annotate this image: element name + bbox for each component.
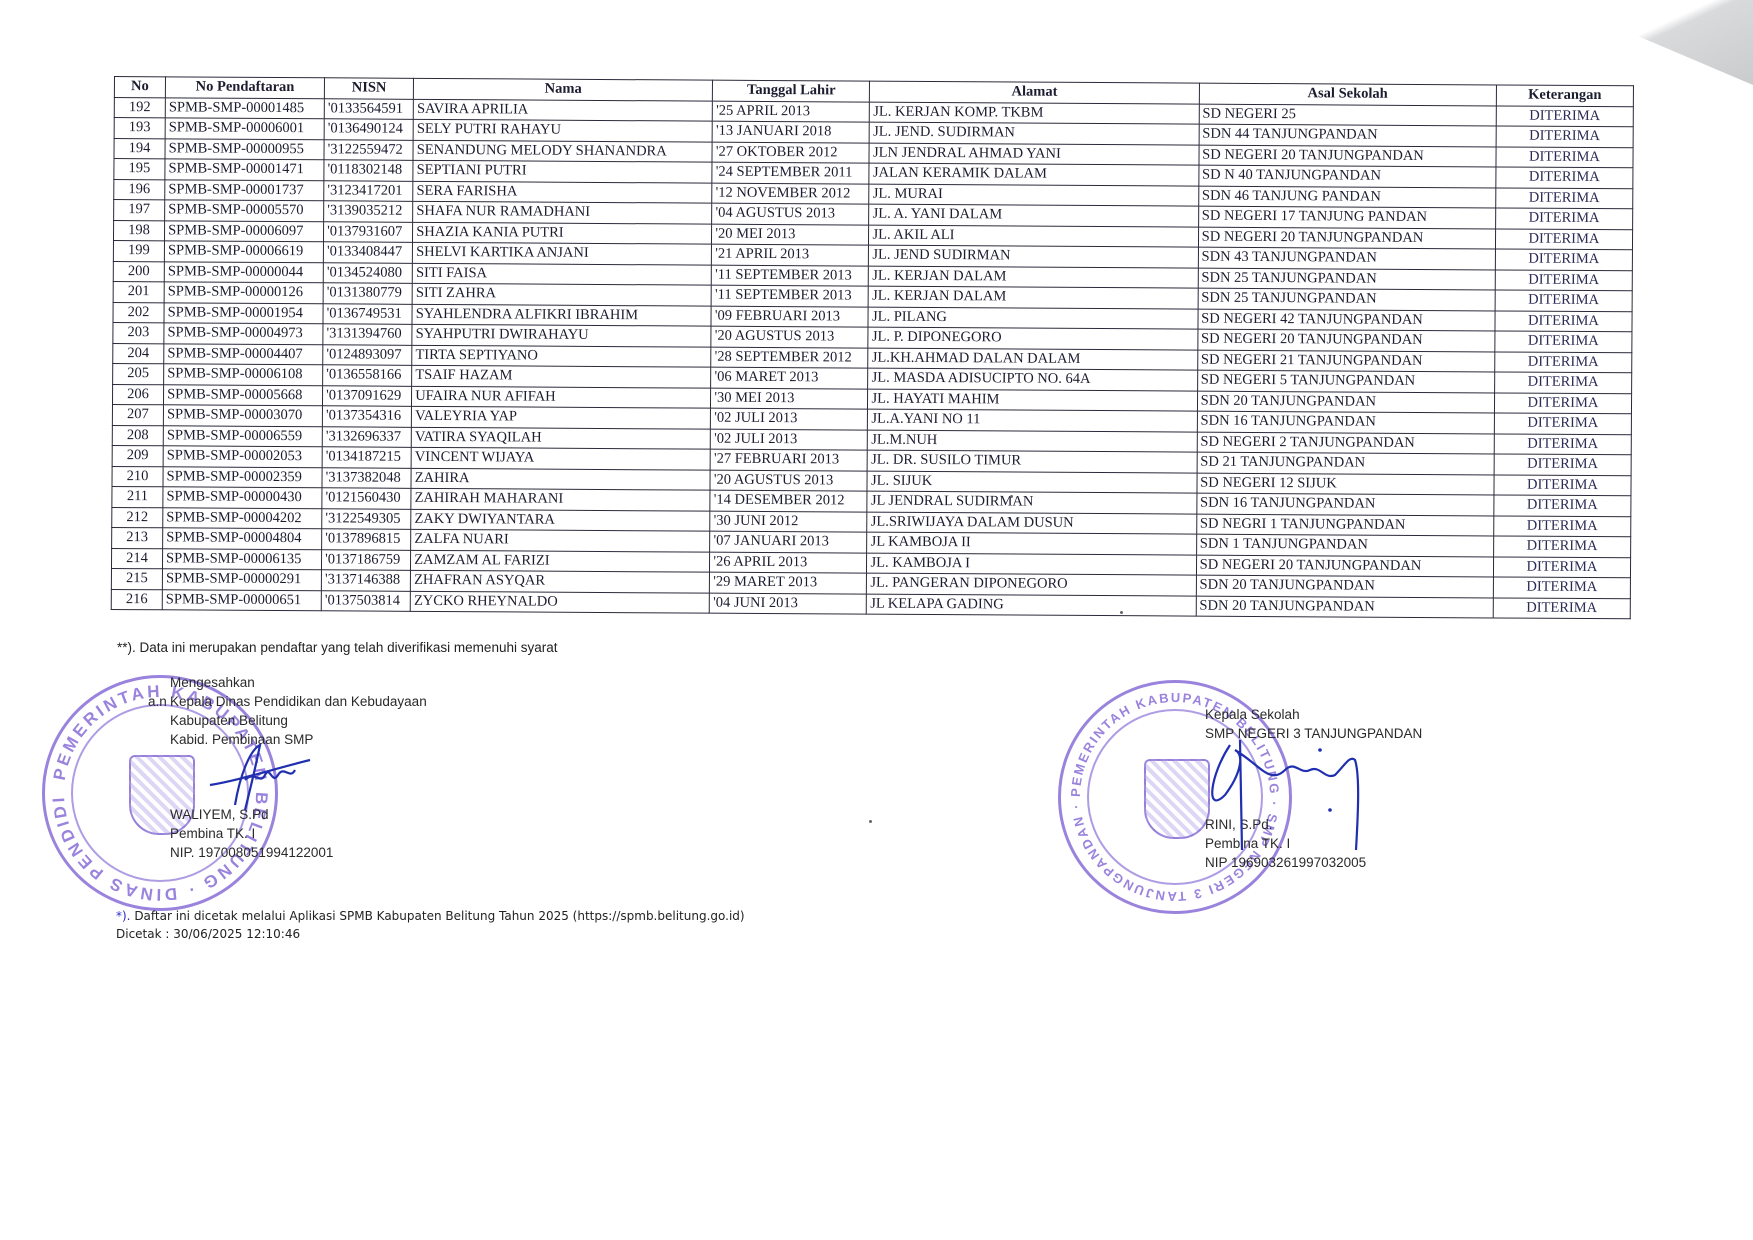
status-badge: DITERIMA bbox=[1493, 556, 1630, 577]
registration-number: SPMB-SMP-00004973 bbox=[164, 323, 323, 344]
birth-date: '28 SEPTEMBER 2012 bbox=[711, 347, 868, 368]
row-number: 198 bbox=[113, 220, 164, 241]
row-number: 211 bbox=[112, 486, 163, 507]
nisn: '0137896815 bbox=[322, 529, 411, 550]
print-timestamp: Dicetak : 30/06/2025 12:10:46 bbox=[116, 925, 745, 943]
origin-school: SD NEGERI 12 SIJUK bbox=[1197, 473, 1494, 495]
signatory-nip: NIP 196903261997032005 bbox=[1205, 853, 1422, 872]
row-number: 212 bbox=[112, 507, 163, 528]
nisn: '0124893097 bbox=[323, 344, 412, 365]
registration-number: SPMB-SMP-00001737 bbox=[165, 179, 324, 200]
student-name: SYAHPUTRI DWIRAHAYU bbox=[412, 324, 711, 346]
birth-date: '26 APRIL 2013 bbox=[710, 552, 867, 573]
registration-number: SPMB-SMP-00000955 bbox=[165, 138, 324, 159]
origin-school: SD NEGERI 42 TANJUNGPANDAN bbox=[1198, 309, 1495, 331]
on-behalf-prefix: a.n bbox=[148, 692, 167, 711]
nisn: '3122559472 bbox=[324, 139, 413, 160]
nisn: '3137382048 bbox=[322, 467, 411, 488]
header-name: Nama bbox=[414, 78, 713, 100]
birth-date: '30 MEI 2013 bbox=[711, 388, 868, 409]
origin-school: SD NEGERI 20 TANJUNGPANDAN bbox=[1198, 329, 1495, 351]
registration-number: SPMB-SMP-00000044 bbox=[164, 261, 323, 282]
signatory-rank: Pembina TK. I bbox=[170, 824, 427, 843]
origin-school: SD NEGERI 20 TANJUNGPANDAN bbox=[1199, 145, 1496, 167]
student-name: UFAIRA NUR AFIFAH bbox=[412, 386, 711, 408]
header-nisn: NISN bbox=[324, 78, 413, 99]
status-badge: DITERIMA bbox=[1495, 310, 1632, 331]
nisn: '0136749531 bbox=[323, 303, 412, 324]
origin-school: SDN 25 TANJUNGPANDAN bbox=[1198, 288, 1495, 310]
status-badge: DITERIMA bbox=[1494, 433, 1631, 454]
row-number: 208 bbox=[112, 425, 163, 446]
nisn: '0133564591 bbox=[324, 98, 413, 119]
origin-school: SD 21 TANJUNGPANDAN bbox=[1197, 452, 1494, 474]
print-info: *). Daftar ini dicetak melalui Aplikasi … bbox=[116, 907, 745, 943]
birth-date: '21 APRIL 2013 bbox=[712, 244, 869, 265]
student-name: SELY PUTRI RAHAYU bbox=[413, 119, 712, 141]
address: JL. KAMBOJA I bbox=[867, 553, 1196, 576]
header-no: No bbox=[114, 77, 165, 98]
registration-number: SPMB-SMP-00004407 bbox=[164, 343, 323, 364]
nisn: '3132696337 bbox=[322, 426, 411, 447]
student-name: TSAIF HAZAM bbox=[412, 365, 711, 387]
student-name: SERA FARISHA bbox=[413, 181, 712, 203]
status-badge: DITERIMA bbox=[1496, 167, 1633, 188]
student-name: SITI ZAHRA bbox=[412, 283, 711, 305]
status-badge: DITERIMA bbox=[1495, 290, 1632, 311]
origin-school: SD NEGERI 2 TANJUNGPANDAN bbox=[1197, 432, 1494, 454]
status-badge: DITERIMA bbox=[1496, 146, 1633, 167]
registration-number: SPMB-SMP-00006097 bbox=[165, 220, 324, 241]
status-badge: DITERIMA bbox=[1495, 228, 1632, 249]
student-name: ZAMZAM AL FARIZI bbox=[411, 550, 710, 572]
header-origin-school: Asal Sekolah bbox=[1199, 83, 1496, 105]
scan-speck bbox=[1120, 611, 1123, 614]
registration-number: SPMB-SMP-00001485 bbox=[165, 97, 324, 118]
registration-number: SPMB-SMP-00002359 bbox=[163, 466, 322, 487]
row-number: 204 bbox=[113, 343, 164, 364]
student-name: SHAFA NUR RAMADHANI bbox=[413, 201, 712, 223]
registration-number: SPMB-SMP-00006135 bbox=[163, 548, 322, 569]
birth-date: '06 MARET 2013 bbox=[711, 367, 868, 388]
scan-speck bbox=[869, 820, 872, 823]
student-name: SITI FAISA bbox=[412, 263, 711, 285]
row-number: 192 bbox=[114, 97, 165, 118]
verification-note: **). Data ini merupakan pendaftar yang t… bbox=[117, 640, 557, 655]
registration-number: SPMB-SMP-00006619 bbox=[164, 241, 323, 262]
origin-school: SD NEGRI 1 TANJUNGPANDAN bbox=[1196, 514, 1493, 536]
row-number: 210 bbox=[112, 466, 163, 487]
status-badge: DITERIMA bbox=[1495, 331, 1632, 352]
student-name: ZAKY DWIYANTARA bbox=[411, 509, 710, 531]
origin-school: SDN 25 TANJUNGPANDAN bbox=[1198, 268, 1495, 290]
status-badge: DITERIMA bbox=[1495, 351, 1632, 372]
birth-date: '04 AGUSTUS 2013 bbox=[712, 203, 869, 224]
row-number: 203 bbox=[113, 322, 164, 343]
origin-school: SD NEGERI 25 bbox=[1199, 104, 1496, 126]
status-badge: DITERIMA bbox=[1494, 495, 1631, 516]
header-address: Alamat bbox=[870, 81, 1199, 104]
header-registration-no: No Pendaftaran bbox=[165, 77, 324, 98]
address: JL. KERJAN DALAM bbox=[869, 266, 1198, 289]
header-birth-date: Tanggal Lahir bbox=[713, 80, 870, 101]
row-number: 213 bbox=[112, 527, 163, 548]
address: JL. MURAI bbox=[869, 184, 1198, 207]
status-badge: DITERIMA bbox=[1495, 269, 1632, 290]
student-name: ZALFA NUARI bbox=[411, 529, 710, 551]
address: JL.A.YANI NO 11 bbox=[868, 409, 1197, 432]
origin-school: SDN 20 TANJUNGPANDAN bbox=[1196, 596, 1493, 618]
address: JL. JEND. SUDIRMAN bbox=[870, 122, 1199, 145]
status-badge: DITERIMA bbox=[1495, 208, 1632, 229]
registration-number: SPMB-SMP-00005570 bbox=[165, 200, 324, 221]
origin-school: SD NEGERI 17 TANJUNG PANDAN bbox=[1198, 206, 1495, 228]
row-number: 200 bbox=[113, 261, 164, 282]
row-number: 214 bbox=[111, 548, 162, 569]
student-name: SHELVI KARTIKA ANJANI bbox=[413, 242, 712, 264]
nisn: '3131394760 bbox=[323, 324, 412, 345]
registration-number: SPMB-SMP-00000651 bbox=[162, 589, 321, 610]
registration-number: SPMB-SMP-00006559 bbox=[163, 425, 322, 446]
origin-school: SDN 46 TANJUNG PANDAN bbox=[1198, 186, 1495, 208]
address: JL. KERJAN DALAM bbox=[869, 286, 1198, 309]
registration-number: SPMB-SMP-00006108 bbox=[164, 364, 323, 385]
status-badge: DITERIMA bbox=[1494, 413, 1631, 434]
nisn: '0121560430 bbox=[322, 488, 411, 509]
registration-number: SPMB-SMP-00004202 bbox=[163, 507, 322, 528]
status-badge: DITERIMA bbox=[1494, 515, 1631, 536]
student-name: SHAZIA KANIA PUTRI bbox=[413, 222, 712, 244]
origin-school: SD NEGERI 20 TANJUNGPANDAN bbox=[1198, 227, 1495, 249]
nisn: '0137931607 bbox=[324, 221, 413, 242]
birth-date: '02 JULI 2013 bbox=[711, 429, 868, 450]
student-name: ZAHIRAH MAHARANI bbox=[411, 488, 710, 510]
student-name: ZAHIRA bbox=[411, 468, 710, 490]
nisn: '0134524080 bbox=[323, 262, 412, 283]
origin-school: SD NEGERI 21 TANJUNGPANDAN bbox=[1197, 350, 1494, 372]
birth-date: '20 AGUSTUS 2013 bbox=[711, 326, 868, 347]
row-number: 201 bbox=[113, 281, 164, 302]
birth-date: '09 FEBRUARI 2013 bbox=[711, 306, 868, 327]
address: JL KAMBOJA II bbox=[867, 532, 1196, 555]
registration-number: SPMB-SMP-00003070 bbox=[163, 405, 322, 426]
birth-date: '11 SEPTEMBER 2013 bbox=[712, 265, 869, 286]
origin-school: SDN 44 TANJUNGPANDAN bbox=[1199, 124, 1496, 146]
footnote-marker: *). bbox=[116, 909, 131, 923]
approval-label: Mengesahkan bbox=[170, 673, 427, 692]
birth-date: '07 JANUARI 2013 bbox=[710, 531, 867, 552]
row-number: 205 bbox=[113, 363, 164, 384]
birth-date: '14 DESEMBER 2012 bbox=[710, 490, 867, 511]
address: JL. A. YANI DALAM bbox=[869, 204, 1198, 227]
registration-number: SPMB-SMP-00000291 bbox=[162, 569, 321, 590]
nisn: '0133408447 bbox=[323, 242, 412, 263]
header-status: Keterangan bbox=[1496, 85, 1633, 106]
status-badge: DITERIMA bbox=[1496, 187, 1633, 208]
address: JL. AKIL ALI bbox=[869, 225, 1198, 248]
birth-date: '25 APRIL 2013 bbox=[713, 101, 870, 122]
birth-date: '29 MARET 2013 bbox=[710, 572, 867, 593]
birth-date: '12 NOVEMBER 2012 bbox=[712, 183, 869, 204]
registration-number: SPMB-SMP-00002053 bbox=[163, 446, 322, 467]
origin-school: SD NEGERI 20 TANJUNGPANDAN bbox=[1196, 555, 1493, 577]
nisn: '3137146388 bbox=[321, 570, 410, 591]
origin-school: SDN 16 TANJUNGPANDAN bbox=[1197, 493, 1494, 515]
origin-school: SDN 43 TANJUNGPANDAN bbox=[1198, 247, 1495, 269]
student-name: SEPTIANI PUTRI bbox=[413, 160, 712, 182]
birth-date: '20 MEI 2013 bbox=[712, 224, 869, 245]
origin-school: SDN 1 TANJUNGPANDAN bbox=[1196, 534, 1493, 556]
status-badge: DITERIMA bbox=[1493, 597, 1630, 618]
signatory-title-line2: Kabupaten Belitung bbox=[170, 711, 427, 730]
address: JL.M.NUH bbox=[868, 430, 1197, 453]
status-badge: DITERIMA bbox=[1495, 249, 1632, 270]
row-number: 207 bbox=[112, 404, 163, 425]
address: JL. PILANG bbox=[868, 307, 1197, 330]
address: JL. HAYATI MAHIM bbox=[868, 389, 1197, 412]
row-number: 209 bbox=[112, 445, 163, 466]
handwritten-signature-right bbox=[1200, 735, 1370, 855]
nisn: '0137354316 bbox=[322, 406, 411, 427]
student-name: SAVIRA APRILIA bbox=[413, 99, 712, 121]
address: JL JENDRAL SUDIRMAN bbox=[867, 491, 1196, 514]
address: JL. KERJAN KOMP. TKBM bbox=[870, 102, 1199, 125]
address: JL.KH.AHMAD DALAN DALAM bbox=[868, 348, 1197, 371]
birth-date: '30 JUNI 2012 bbox=[710, 511, 867, 532]
row-number: 195 bbox=[114, 159, 165, 180]
address: JL. JEND SUDIRMAN bbox=[869, 245, 1198, 268]
origin-school: SDN 20 TANJUNGPANDAN bbox=[1196, 575, 1493, 597]
student-name: VINCENT WIJAYA bbox=[411, 447, 710, 469]
origin-school: SD N 40 TANJUNGPANDAN bbox=[1199, 165, 1496, 187]
address: JLN JENDRAL AHMAD YANI bbox=[869, 143, 1198, 166]
birth-date: '20 AGUSTUS 2013 bbox=[710, 470, 867, 491]
address: JL. PANGERAN DIPONEGORO bbox=[867, 573, 1196, 596]
birth-date: '04 JUNI 2013 bbox=[710, 593, 867, 614]
birth-date: '27 OKTOBER 2012 bbox=[712, 142, 869, 163]
status-badge: DITERIMA bbox=[1496, 105, 1633, 126]
print-source-note: *). Daftar ini dicetak melalui Aplikasi … bbox=[116, 907, 745, 925]
registrant-table: No No Pendaftaran NISN Nama Tanggal Lahi… bbox=[111, 76, 1634, 619]
origin-school: SDN 16 TANJUNGPANDAN bbox=[1197, 411, 1494, 433]
registration-number: SPMB-SMP-00001954 bbox=[164, 302, 323, 323]
birth-date: '02 JULI 2013 bbox=[711, 408, 868, 429]
row-number: 215 bbox=[111, 568, 162, 589]
registration-number: SPMB-SMP-00000126 bbox=[164, 282, 323, 303]
student-name: VATIRA SYAQILAH bbox=[411, 427, 710, 449]
handwritten-signature-left bbox=[200, 740, 320, 820]
status-badge: DITERIMA bbox=[1493, 577, 1630, 598]
student-name: SENANDUNG MELODY SHANANDRA bbox=[413, 140, 712, 162]
row-number: 199 bbox=[113, 240, 164, 261]
student-name: TIRTA SEPTIYANO bbox=[412, 345, 711, 367]
student-name: VALEYRIA YAP bbox=[412, 406, 711, 428]
nisn: '0137186759 bbox=[322, 549, 411, 570]
row-number: 194 bbox=[114, 138, 165, 159]
address: JL. MASDA ADISUCIPTO NO. 64A bbox=[868, 368, 1197, 391]
row-number: 196 bbox=[114, 179, 165, 200]
registration-number: SPMB-SMP-00000430 bbox=[163, 487, 322, 508]
address: JL. P. DIPONEGORO bbox=[868, 327, 1197, 350]
origin-school: SD NEGERI 5 TANJUNGPANDAN bbox=[1197, 370, 1494, 392]
row-number: 193 bbox=[114, 118, 165, 139]
birth-date: '13 JANUARI 2018 bbox=[712, 121, 869, 142]
nisn: '0131380779 bbox=[323, 283, 412, 304]
registration-number: SPMB-SMP-00001471 bbox=[165, 159, 324, 180]
student-name: ZHAFRAN ASYQAR bbox=[411, 570, 710, 592]
address: JL KELAPA GADING bbox=[867, 594, 1196, 617]
row-number: 202 bbox=[113, 302, 164, 323]
nisn: '0118302148 bbox=[324, 160, 413, 181]
row-number: 216 bbox=[111, 589, 162, 610]
registration-number: SPMB-SMP-00005668 bbox=[164, 384, 323, 405]
status-badge: DITERIMA bbox=[1496, 126, 1633, 147]
page-corner-fold bbox=[1553, 0, 1753, 85]
origin-school: SDN 20 TANJUNGPANDAN bbox=[1197, 391, 1494, 413]
registration-number: SPMB-SMP-00006001 bbox=[165, 118, 324, 139]
address: JALAN KERAMIK DALAM bbox=[869, 163, 1198, 186]
scan-speck bbox=[1010, 495, 1013, 498]
nisn: '0136490124 bbox=[324, 119, 413, 140]
row-number: 206 bbox=[112, 384, 163, 405]
nisn: '3139035212 bbox=[324, 201, 413, 222]
nisn: '0136558166 bbox=[323, 365, 412, 386]
status-badge: DITERIMA bbox=[1493, 536, 1630, 557]
row-number: 197 bbox=[114, 200, 165, 221]
nisn: '0137503814 bbox=[321, 590, 410, 611]
nisn: '0137091629 bbox=[323, 385, 412, 406]
status-badge: DITERIMA bbox=[1494, 454, 1631, 475]
status-badge: DITERIMA bbox=[1494, 372, 1631, 393]
birth-date: '27 FEBRUARI 2013 bbox=[710, 449, 867, 470]
status-badge: DITERIMA bbox=[1494, 474, 1631, 495]
signatory-title-line1: Kepala Sekolah bbox=[1205, 705, 1422, 724]
address: JL.SRIWIJAYA DALAM DUSUN bbox=[867, 512, 1196, 535]
student-name: ZYCKO RHEYNALDO bbox=[410, 591, 709, 613]
nisn: '3123417201 bbox=[324, 180, 413, 201]
nisn: '3122549305 bbox=[322, 508, 411, 529]
birth-date: '11 SEPTEMBER 2013 bbox=[711, 285, 868, 306]
student-name: SYAHLENDRA ALFIKRI IBRAHIM bbox=[412, 304, 711, 326]
nisn: '0134187215 bbox=[322, 447, 411, 468]
table-body: 192SPMB-SMP-00001485'0133564591SAVIRA AP… bbox=[111, 97, 1633, 619]
signatory-nip: NIP. 197008051994122001 bbox=[170, 843, 427, 862]
address: JL. DR. SUSILO TIMUR bbox=[868, 450, 1197, 473]
address: JL. SIJUK bbox=[867, 471, 1196, 494]
registration-number: SPMB-SMP-00004804 bbox=[163, 528, 322, 549]
signatory-title-line1: Kepala Dinas Pendidikan dan Kebudayaan bbox=[170, 692, 427, 711]
birth-date: '24 SEPTEMBER 2011 bbox=[712, 162, 869, 183]
status-badge: DITERIMA bbox=[1494, 392, 1631, 413]
